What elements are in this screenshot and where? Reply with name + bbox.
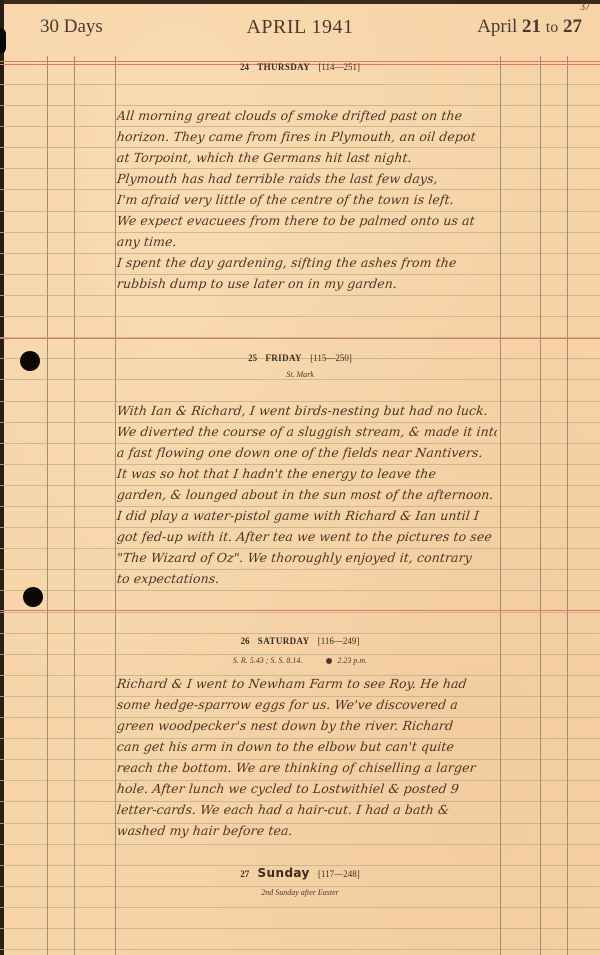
day-heading-sunday: 27 Sunday [117—248] — [0, 866, 600, 880]
ruled-line — [0, 612, 600, 613]
margin-rule — [115, 56, 116, 955]
entry-line: We diverted the course of a sluggish str… — [116, 421, 498, 442]
binding-edge — [0, 0, 4, 955]
day-number: 25 — [248, 353, 257, 363]
ruled-line — [0, 633, 600, 634]
entry-line: I'm afraid very little of the centre of … — [116, 189, 498, 210]
week-range-month: April — [477, 16, 517, 37]
entry-line: horizon. They came from fires in Plymout… — [116, 126, 498, 147]
sun-moon-note: S. R. 5.43 ; S. S. 8.14. 2.23 p.m. — [0, 656, 600, 665]
ruled-line — [0, 379, 600, 380]
entry-line: a fast flowing one down one of the field… — [116, 442, 498, 463]
day-name: THURSDAY — [257, 62, 310, 72]
ruled-line — [0, 84, 600, 85]
ruled-line — [0, 949, 600, 950]
day-number: 26 — [241, 636, 250, 646]
entry-line: green woodpecker's nest down by the rive… — [116, 715, 498, 736]
ruled-line — [0, 316, 600, 317]
day-count: [114—251] — [318, 62, 360, 72]
day-name: FRIDAY — [265, 353, 302, 363]
ruled-line — [0, 886, 600, 887]
diary-page: 37 30 Days APRIL 1941 April 21 to 27 24 … — [0, 0, 600, 955]
punch-hole — [23, 587, 43, 607]
feast-day-note: St. Mark — [0, 370, 600, 379]
week-range-to: 27 — [563, 16, 582, 37]
margin-rule — [540, 56, 541, 955]
moon-phase-time: 2.23 p.m. — [337, 656, 367, 665]
entry-line: Plymouth has had terrible raids the last… — [116, 168, 498, 189]
entry-line: can get his arm in down to the elbow but… — [116, 736, 498, 757]
entry-line: hole. After lunch we cycled to Lostwithi… — [116, 778, 498, 799]
day-heading-thursday: 24 THURSDAY [114—251] — [0, 62, 600, 72]
page-top-edge — [0, 0, 600, 4]
liturgical-note: 2nd Sunday after Easter — [0, 888, 600, 897]
sunrise-sunset: S. R. 5.43 ; S. S. 8.14. — [233, 656, 303, 665]
margin-rule — [500, 56, 501, 955]
day-count: [115—250] — [310, 353, 352, 363]
diary-entry-saturday: Richard & I went to Newham Farm to see R… — [117, 673, 497, 841]
margin-rule — [74, 56, 75, 955]
margin-rule — [567, 56, 568, 955]
diary-entry-friday: With Ian & Richard, I went birds-nesting… — [117, 400, 497, 589]
moon-phase-icon — [326, 658, 332, 664]
entry-line: All morning great clouds of smoke drifte… — [116, 105, 498, 126]
ruled-line — [0, 295, 600, 296]
day-divider-red-rule — [0, 338, 600, 339]
entry-line: "The Wizard of Oz". We thoroughly enjoye… — [116, 547, 498, 568]
ruled-line — [0, 907, 600, 908]
day-heading-saturday: 26 SATURDAY [116—249] — [0, 636, 600, 646]
week-range-from: 21 — [522, 16, 541, 37]
ruled-line — [0, 590, 600, 591]
day-name: SATURDAY — [258, 636, 310, 646]
entry-line: got fed-up with it. After tea we went to… — [116, 526, 498, 547]
entry-line: rubbish dump to use later on in my garde… — [116, 273, 498, 294]
day-heading-friday: 25 FRIDAY [115—250] — [0, 353, 600, 363]
week-range: April 21 to 27 — [477, 16, 582, 38]
week-range-sep: to — [546, 19, 558, 36]
entry-line: garden, & lounged about in the sun most … — [116, 484, 498, 505]
day-number: 24 — [240, 62, 249, 72]
entry-line: I spent the day gardening, sifting the a… — [116, 252, 498, 273]
ruled-line — [0, 928, 600, 929]
entry-line: letter-cards. We each had a hair-cut. I … — [116, 799, 498, 820]
day-number: 27 — [240, 869, 249, 879]
margin-rule — [47, 56, 48, 955]
day-count: [117—248] — [318, 869, 360, 879]
entry-line: washed my hair before tea. — [116, 820, 498, 841]
diary-entry-thursday: All morning great clouds of smoke drifte… — [117, 105, 497, 294]
entry-line: some hedge-sparrow eggs for us. We've di… — [116, 694, 498, 715]
entry-line: We expect evacuees from there to be palm… — [116, 210, 498, 231]
day-name: Sunday — [258, 866, 310, 880]
ruled-line — [0, 844, 600, 845]
entry-line: I did play a water-pistol game with Rich… — [116, 505, 498, 526]
entry-line: any time. — [116, 231, 498, 252]
entry-line: Richard & I went to Newham Farm to see R… — [116, 673, 498, 694]
entry-line: at Torpoint, which the Germans hit last … — [116, 147, 498, 168]
day-count: [116—249] — [318, 636, 360, 646]
ruled-line — [0, 654, 600, 655]
page-number: 37 — [580, 2, 590, 13]
entry-line: With Ian & Richard, I went birds-nesting… — [116, 400, 498, 421]
day-divider-red-rule — [0, 610, 600, 611]
entry-line: to expectations. — [116, 568, 498, 589]
entry-line: reach the bottom. We are thinking of chi… — [116, 757, 498, 778]
entry-line: It was so hot that I hadn't the energy t… — [116, 463, 498, 484]
